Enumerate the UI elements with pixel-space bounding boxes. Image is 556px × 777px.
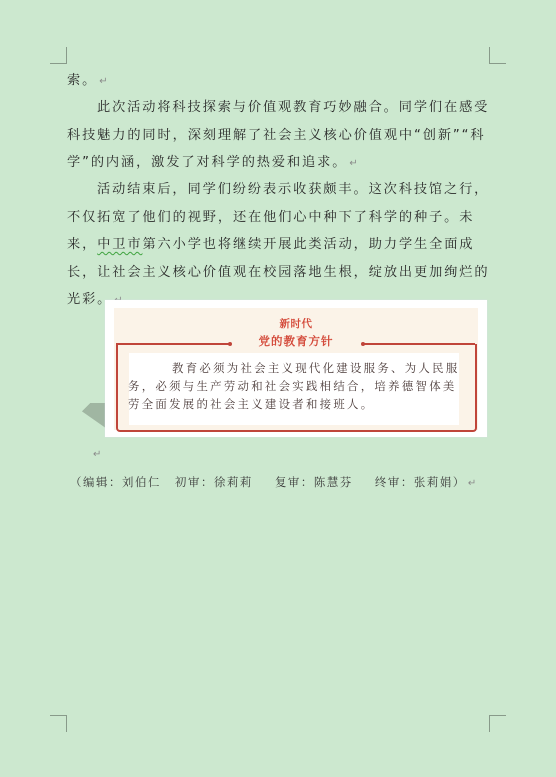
paragraph-continuation[interactable]: 索。↵ bbox=[67, 67, 492, 96]
first-review-label: 初审： bbox=[175, 475, 214, 489]
paragraph-text: 索。 bbox=[67, 73, 97, 88]
page-corner-mark-top-right bbox=[489, 47, 506, 64]
image-card-title-line1: 新时代 bbox=[114, 316, 478, 331]
embedded-image-education-policy[interactable]: 新时代 党的教育方针 教育必须为社会主义现代化建设服务、为人民服务，必须与生产劳… bbox=[105, 300, 487, 437]
paragraph-mark-icon: ↵ bbox=[349, 158, 357, 169]
final-review-label: 终审： bbox=[375, 475, 414, 489]
credits-close-paren: ） bbox=[453, 475, 466, 489]
second-review-name: 陈慧芬 bbox=[314, 475, 353, 489]
image-card-background: 新时代 党的教育方针 教育必须为社会主义现代化建设服务、为人民服务，必须与生产劳… bbox=[114, 308, 478, 430]
final-review-name: 张莉娟 bbox=[414, 475, 453, 489]
page-corner-mark-bottom-right bbox=[489, 715, 506, 732]
editorial-credits[interactable]: （编辑：刘伯仁初审：徐莉莉复审：陈慧芬终审：张莉娟）↵ bbox=[70, 474, 476, 490]
spellcheck-flagged-text[interactable]: 中卫市 bbox=[97, 237, 142, 252]
page-corner-mark-top-left bbox=[50, 47, 67, 64]
paragraph-mark-icon: ↵ bbox=[99, 76, 107, 87]
paragraph-activity-conclusion[interactable]: 活动结束后，同学们纷纷表示收获颇丰。这次科技馆之行，不仅拓宽了他们的视野，还在他… bbox=[67, 176, 492, 315]
paragraph-text: 此次活动将科技探索与价值观教育巧妙融合。同学们在感受科技魅力的同时，深刻理解了社… bbox=[67, 100, 489, 170]
editor-label: 编辑： bbox=[83, 475, 122, 489]
page-corner-mark-bottom-left bbox=[50, 715, 67, 732]
credits-open-paren: （ bbox=[70, 475, 83, 489]
image-card-body-text: 教育必须为社会主义现代化建设服务、为人民服务，必须与生产劳动和社会实践相结合，培… bbox=[128, 359, 466, 413]
image-shadow bbox=[70, 403, 110, 431]
paragraph-activity-summary[interactable]: 此次活动将科技探索与价值观教育巧妙融合。同学们在感受科技魅力的同时，深刻理解了社… bbox=[67, 94, 492, 178]
empty-paragraph-mark-icon[interactable]: ↵ bbox=[93, 449, 101, 460]
editor-name: 刘伯仁 bbox=[122, 475, 161, 489]
paragraph-mark-icon: ↵ bbox=[468, 478, 476, 489]
first-review-name: 徐莉莉 bbox=[214, 475, 253, 489]
second-review-label: 复审： bbox=[275, 475, 314, 489]
